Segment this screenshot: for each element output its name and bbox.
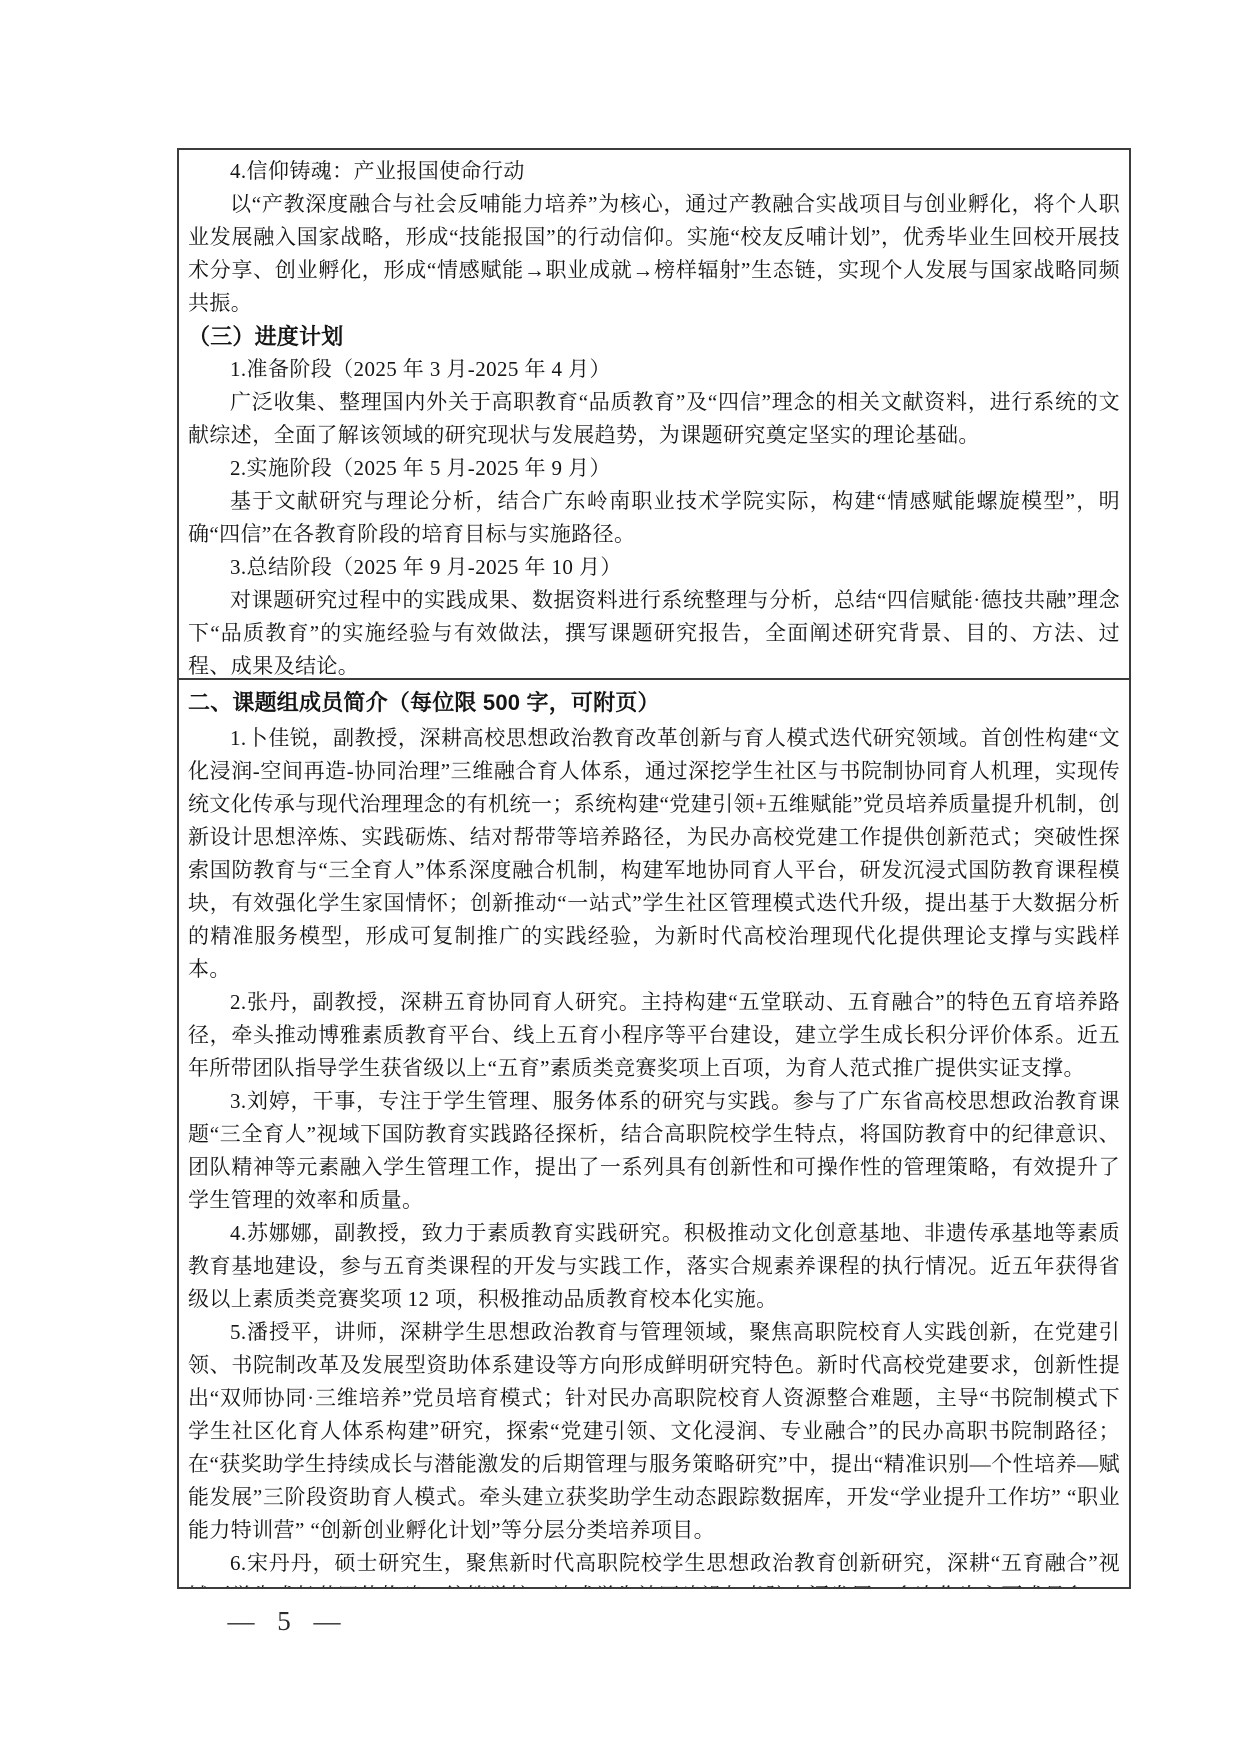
- plan-heading: （三）进度计划: [188, 320, 1120, 353]
- plan-paragraph: 基于文献研究与理论分析，结合广东岭南职业技术学院实际，构建“情感赋能螺旋模型”，…: [188, 485, 1120, 551]
- plan-paragraph: 广泛收集、整理国内外关于高职教育“品质教育”及“四信”理念的相关文献资料，进行系…: [188, 386, 1120, 452]
- member-bio-6: 6.宋丹丹，硕士研究生，聚焦新时代高职院校学生思想政治教育创新研究，深耕“五育融…: [188, 1547, 1120, 1587]
- plan-subheading: 2.实施阶段（2025 年 5 月-2025 年 9 月）: [188, 452, 1120, 485]
- plan-subheading: 4.信仰铸魂：产业报国使命行动: [188, 155, 1120, 188]
- plan-subheading: 1.准备阶段（2025 年 3 月-2025 年 4 月）: [188, 353, 1120, 386]
- member-bio-1: 1.卜佳锐，副教授，深耕高校思想政治教育改革创新与育人模式迭代研究领域。首创性构…: [188, 722, 1120, 986]
- members-section-title: 二、课题组成员简介（每位限 500 字，可附页）: [188, 685, 1120, 721]
- member-bio-5: 5.潘授平，讲师，深耕学生思想政治教育与管理领域，聚焦高职院校育人实践创新，在党…: [188, 1316, 1120, 1547]
- plan-paragraph: 以“产教深度融合与社会反哺能力培养”为核心，通过产教融合实战项目与创业孵化，将个…: [188, 188, 1120, 320]
- application-form-table: 4.信仰铸魂：产业报国使命行动 以“产教深度融合与社会反哺能力培养”为核心，通过…: [177, 148, 1131, 1589]
- section-progress-plan: 4.信仰铸魂：产业报国使命行动 以“产教深度融合与社会反哺能力培养”为核心，通过…: [179, 150, 1129, 678]
- page-number: — 5 —: [220, 1606, 350, 1637]
- member-bio-2: 2.张丹，副教授，深耕五育协同育人研究。主持构建“五堂联动、五育融合”的特色五育…: [188, 986, 1120, 1085]
- member-bio-3: 3.刘婷，干事，专注于学生管理、服务体系的研究与实践。参与了广东省高校思想政治教…: [188, 1085, 1120, 1217]
- member-bio-4: 4.苏娜娜，副教授，致力于素质教育实践研究。积极推动文化创意基地、非遗传承基地等…: [188, 1217, 1120, 1316]
- plan-paragraph: 对课题研究过程中的实践成果、数据资料进行系统整理与分析，总结“四信赋能·德技共融…: [188, 584, 1120, 678]
- section-team-members: 二、课题组成员简介（每位限 500 字，可附页） 1.卜佳锐，副教授，深耕高校思…: [179, 678, 1129, 1587]
- plan-subheading: 3.总结阶段（2025 年 9 月-2025 年 10 月）: [188, 551, 1120, 584]
